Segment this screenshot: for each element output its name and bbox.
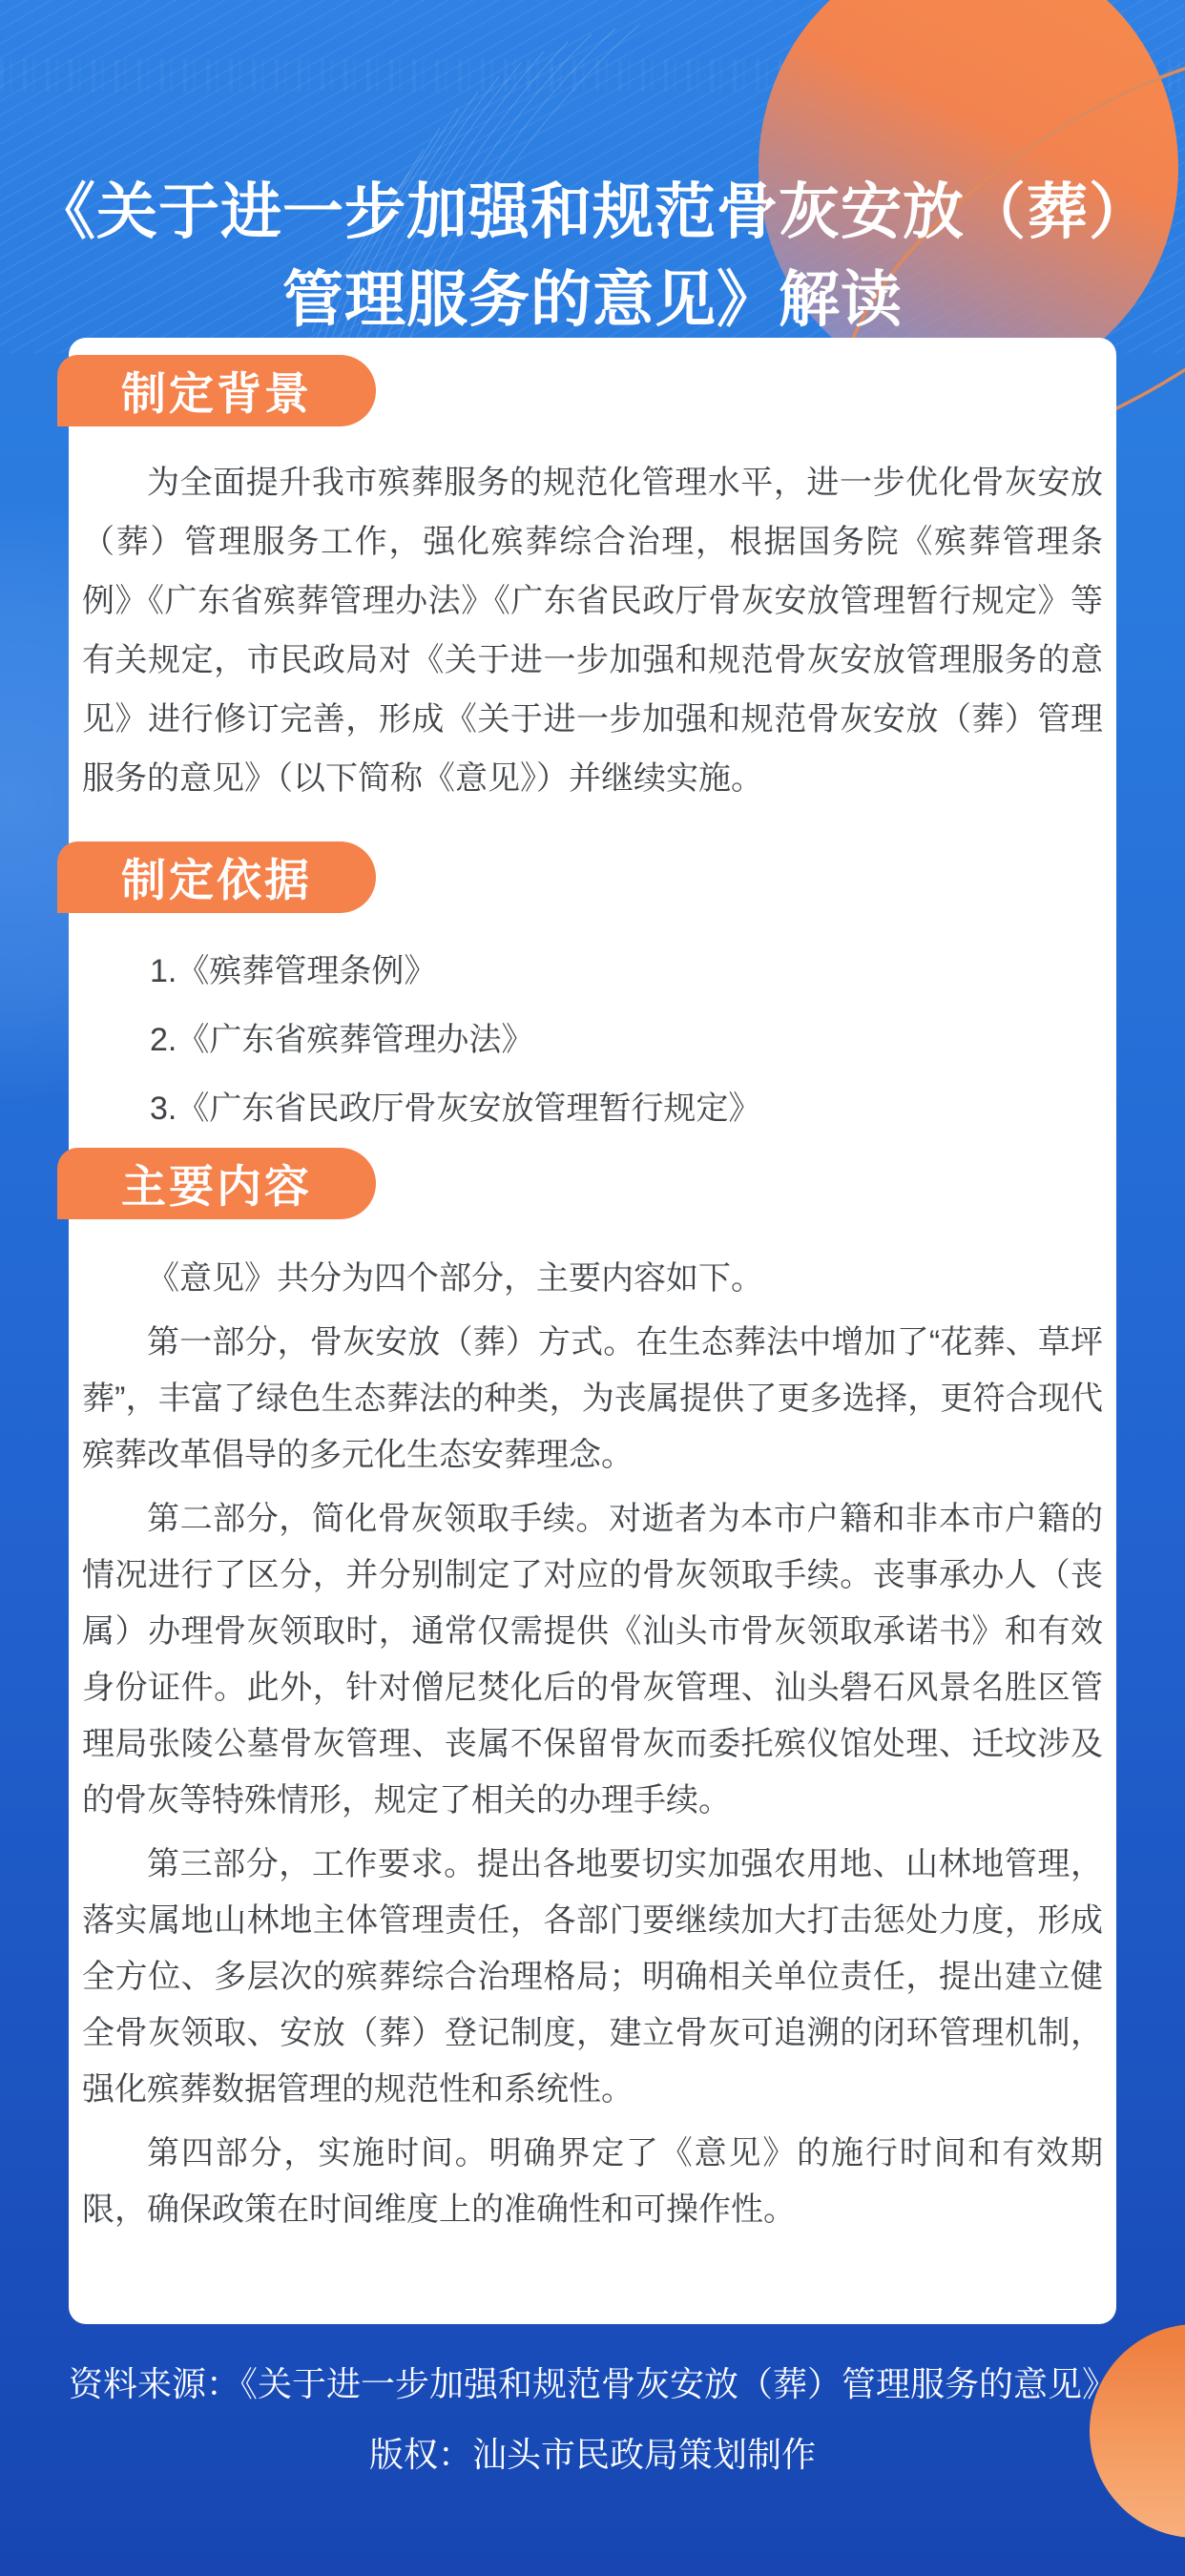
section-badge-basis: 制定依据 [57, 841, 376, 913]
content-paragraph-part3: 第三部分，工作要求。提出各地要切实加强农用地、山林地管理，落实属地山林地主体管理… [82, 1837, 1103, 2118]
content-paragraph-part2: 第二部分，简化骨灰领取手续。对逝者为本市户籍和非本市户籍的情况进行了区分，并分别… [82, 1491, 1103, 1829]
background-paragraph: 为全面提升我市殡葬服务的规范化管理水平，进一步优化骨灰安放（葬）管理服务工作，强… [82, 453, 1103, 808]
section-badge-content-label: 主要内容 [121, 1152, 312, 1215]
poster-footer: 资料来源：《关于进一步加强和规范骨灰安放（葬）管理服务的意见》 版权：汕头市民政… [0, 2349, 1185, 2490]
poster-title-line2: 管理服务的意见》解读 [0, 256, 1185, 343]
list-item: 2.《广东省殡葬管理办法》 [150, 1010, 1103, 1070]
list-item: 3.《广东省民政厅骨灰安放管理暂行规定》 [150, 1079, 1103, 1138]
poster-title: 《关于进一步加强和规范骨灰安放（葬） 管理服务的意见》解读 [0, 168, 1185, 343]
section-badge-background: 制定背景 [57, 355, 376, 426]
poster-root: { "poster": { "title": { "line1": "《关于进一… [0, 0, 1185, 2576]
section-badge-basis-label: 制定依据 [121, 845, 312, 909]
content-paragraph-intro: 《意见》共分为四个部分，主要内容如下。 [82, 1251, 1103, 1307]
section-badge-content: 主要内容 [57, 1148, 376, 1219]
content-card: 制定背景 为全面提升我市殡葬服务的规范化管理水平，进一步优化骨灰安放（葬）管理服… [69, 338, 1116, 2324]
footer-source: 资料来源：《关于进一步加强和规范骨灰安放（葬）管理服务的意见》 [0, 2349, 1185, 2420]
poster-title-line1: 《关于进一步加强和规范骨灰安放（葬） [0, 168, 1185, 256]
section-badge-background-label: 制定背景 [121, 359, 312, 423]
list-item: 1.《殡葬管理条例》 [150, 942, 1103, 1001]
basis-list: 1.《殡葬管理条例》 2.《广东省殡葬管理办法》 3.《广东省民政厅骨灰安放管理… [82, 942, 1103, 1138]
content-paragraph-part1: 第一部分，骨灰安放（葬）方式。在生态葬法中增加了“花葬、草坪葬”，丰富了绿色生态… [82, 1315, 1103, 1484]
content-paragraph-part4: 第四部分，实施时间。明确界定了《意见》的施行时间和有效期限，确保政策在时间维度上… [82, 2126, 1103, 2238]
footer-copyright: 版权：汕头市民政局策划制作 [0, 2420, 1185, 2490]
